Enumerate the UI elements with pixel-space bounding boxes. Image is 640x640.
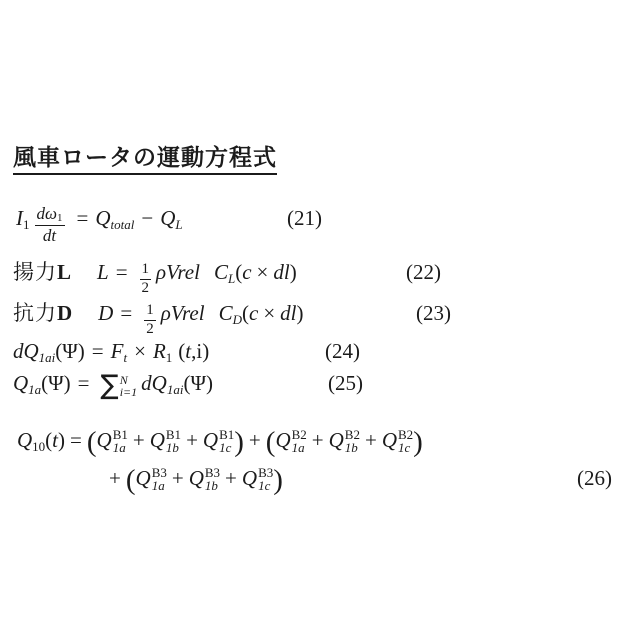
close-paren-large: )	[234, 426, 244, 458]
fraction-numerator: 1	[140, 262, 152, 280]
plus-sign: +	[365, 428, 377, 452]
equation-number: (21)	[287, 196, 322, 240]
torque-term: QB11a	[97, 428, 128, 452]
term-subscript: 1c	[219, 441, 234, 454]
math-symbol: Q	[242, 466, 257, 490]
math-symbol: dl	[273, 260, 289, 284]
plus-sign: +	[109, 466, 121, 490]
equation-26-line-1: Q10(t)=(QB11a+QB11b+QB11c)+(QB21a+QB21b+…	[0, 421, 640, 459]
equals-sign: =	[77, 206, 89, 230]
term-scripts: B11a	[113, 428, 128, 454]
math-symbol: I	[16, 206, 23, 230]
fraction-numerator: dω1	[35, 205, 65, 226]
term-scripts: B11c	[219, 428, 234, 454]
term-scripts: B21c	[398, 428, 413, 454]
times-sign: ×	[134, 339, 146, 363]
torque-term: QB21b	[329, 428, 360, 452]
equation-26-line-2: +(QB31a+QB31b+QB31c) (26)	[0, 459, 640, 497]
equation-number: (24)	[325, 336, 360, 366]
math-subscript: 1	[23, 217, 30, 232]
equals-sign: =	[120, 301, 132, 325]
fraction: 12	[144, 303, 156, 338]
term-scripts: B31b	[205, 466, 220, 492]
math-symbol: Q	[136, 466, 151, 490]
equation-number: (26)	[577, 459, 612, 497]
math-symbol: c	[249, 301, 258, 325]
summation-lower-limit: i=1	[120, 386, 137, 398]
torque-term: QB11c	[203, 428, 234, 452]
math-symbol: ρVrel	[156, 260, 200, 284]
equals-sign: =	[116, 260, 128, 284]
torque-term: QB31c	[242, 466, 273, 490]
math-subscript: 1ai	[167, 382, 184, 397]
equals-sign: =	[92, 339, 104, 363]
lift-label-letter: L	[57, 260, 71, 284]
math-symbol: Q	[17, 428, 32, 452]
math-symbol: Q	[97, 428, 112, 452]
torque-term: QB21a	[275, 428, 306, 452]
math-symbol: ρVrel	[161, 301, 205, 325]
equation-25: Q1a(Ψ)=∑Ni=1dQ1ai(Ψ) (25)	[0, 367, 640, 399]
math-symbol: dQ	[13, 339, 39, 363]
psi-symbol: Ψ	[48, 371, 64, 395]
lift-label-jp: 揚力	[13, 261, 57, 284]
math-symbol: c	[242, 260, 251, 284]
close-paren: )	[78, 339, 85, 363]
torque-term: QB11b	[150, 428, 181, 452]
open-paren: (	[242, 301, 249, 325]
math-symbol: F	[111, 339, 124, 363]
math-subscript: D	[233, 312, 242, 327]
torque-term: QB31a	[136, 466, 167, 490]
close-paren: )	[58, 428, 65, 452]
math-symbol: L	[97, 260, 109, 284]
psi-symbol: Ψ	[62, 339, 78, 363]
close-paren: )	[202, 339, 209, 363]
math-symbol: Q	[275, 428, 290, 452]
math-symbol: Q	[203, 428, 218, 452]
page-title: 風車ロータの運動方程式	[13, 146, 277, 175]
minus-sign: −	[141, 206, 153, 230]
times-sign: ×	[263, 301, 275, 325]
equation-number: (25)	[328, 367, 363, 399]
math-symbol: Q	[189, 466, 204, 490]
equals-sign: =	[78, 371, 90, 395]
term-subscript: 1a	[113, 441, 128, 454]
equation-number: (22)	[406, 252, 441, 292]
math-symbol: Q	[95, 206, 110, 230]
psi-symbol: Ψ	[190, 371, 206, 395]
summation-symbol: ∑	[101, 370, 119, 401]
term-subscript: 1a	[152, 479, 167, 492]
torque-term: QB21c	[382, 428, 413, 452]
math-symbol: dω	[37, 204, 58, 223]
drag-label-jp: 抗力	[13, 302, 57, 325]
term-scripts: B21b	[345, 428, 360, 454]
math-symbol: dl	[280, 301, 296, 325]
math-subscript: L	[175, 217, 182, 232]
math-subscript: 10	[32, 439, 45, 454]
plus-sign: +	[172, 466, 184, 490]
term-subscript: 1b	[205, 479, 220, 492]
equation-23: 抗力DD=12ρVrelCD(c×dl) (23)	[0, 293, 640, 333]
equation-number: (23)	[416, 293, 451, 333]
term-subscript: 1c	[258, 479, 273, 492]
term-scripts: B21a	[292, 428, 307, 454]
math-symbol: Q	[382, 428, 397, 452]
plus-sign: +	[249, 428, 261, 452]
math-symbol: Q	[160, 206, 175, 230]
close-paren-large: )	[413, 426, 423, 458]
fraction-denominator: dt	[35, 226, 65, 245]
term-scripts: B31c	[258, 466, 273, 492]
plus-sign: +	[225, 466, 237, 490]
equation-21: I1dω1dt=Qtotal−QL (21)	[0, 196, 640, 240]
math-subscript: 1	[166, 350, 173, 365]
close-paren-large: )	[273, 464, 283, 496]
math-symbol: D	[98, 301, 113, 325]
term-scripts: B31a	[152, 466, 167, 492]
equation-22: 揚力LL=12ρVrelCL(c×dl) (22)	[0, 252, 640, 292]
document-page: 風車ロータの運動方程式 I1dω1dt=Qtotal−QL (21) 揚力LL=…	[0, 0, 640, 640]
open-paren-large: (	[266, 426, 276, 458]
open-paren-large: (	[87, 426, 97, 458]
math-symbol: R	[153, 339, 166, 363]
math-symbol: Q	[13, 371, 28, 395]
math-subscript: t	[123, 350, 127, 365]
equation-24: dQ1ai(Ψ)=Ft×R1(t,i) (24)	[0, 336, 640, 366]
close-paren: )	[64, 371, 71, 395]
math-subscript: 1a	[28, 382, 41, 397]
plus-sign: +	[133, 428, 145, 452]
plus-sign: +	[312, 428, 324, 452]
close-paren: )	[297, 301, 304, 325]
torque-term: QB31b	[189, 466, 220, 490]
fraction-numerator: 1	[144, 303, 156, 321]
math-symbol: Q	[329, 428, 344, 452]
math-subscript: total	[111, 217, 135, 232]
open-paren-large: (	[126, 464, 136, 496]
times-sign: ×	[257, 260, 269, 284]
equals-sign: =	[70, 428, 82, 452]
plus-sign: +	[186, 428, 198, 452]
term-subscript: 1a	[292, 441, 307, 454]
close-paren: )	[290, 260, 297, 284]
summation-limits: Ni=1	[120, 374, 137, 398]
drag-label-letter: D	[57, 301, 72, 325]
close-paren: )	[206, 371, 213, 395]
term-scripts: B11b	[166, 428, 181, 454]
math-symbol: C	[214, 260, 228, 284]
fraction: 12	[140, 262, 152, 297]
fraction: dω1dt	[35, 205, 65, 245]
math-symbol: dQ	[141, 371, 167, 395]
term-subscript: 1b	[345, 441, 360, 454]
math-symbol: Q	[150, 428, 165, 452]
math-subscript: 1ai	[39, 350, 56, 365]
math-symbol: C	[219, 301, 233, 325]
term-subscript: 1c	[398, 441, 413, 454]
term-subscript: 1b	[166, 441, 181, 454]
math-subscript: 1	[57, 212, 63, 224]
